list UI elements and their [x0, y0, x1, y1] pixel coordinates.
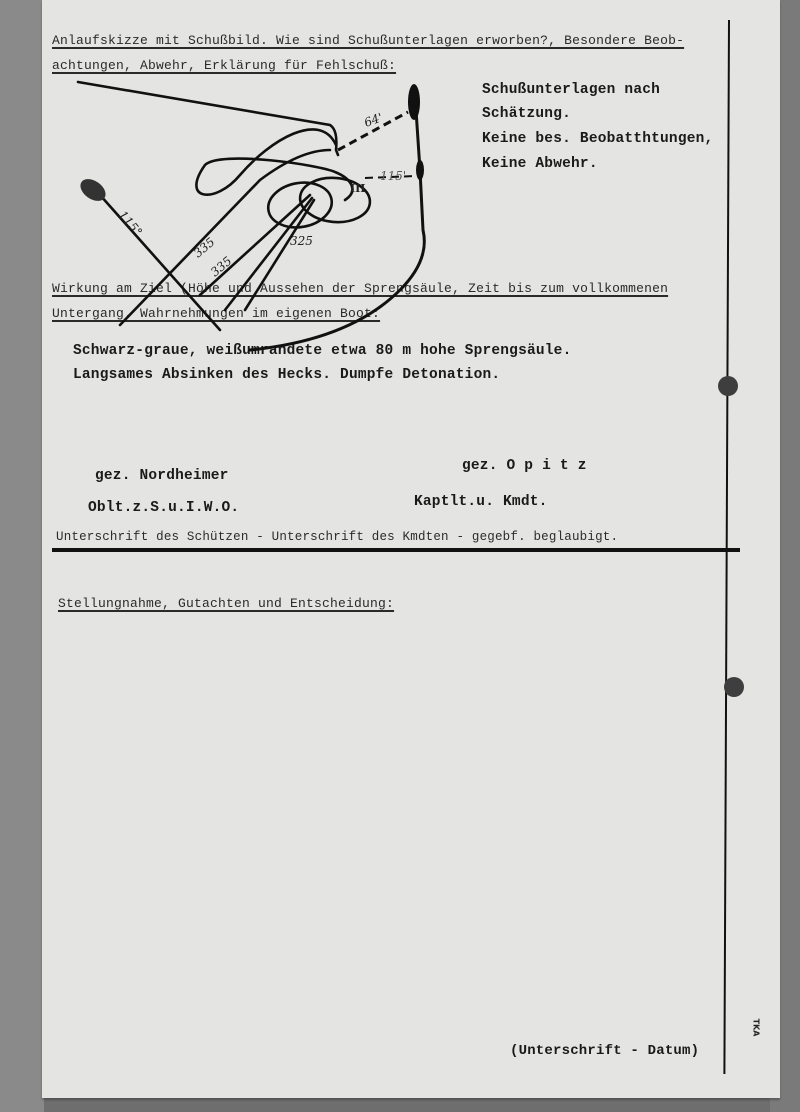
target-ship-position-icon — [416, 160, 424, 180]
torpedo-run — [245, 200, 314, 310]
annotation-III: III — [350, 182, 365, 195]
approach-track — [78, 82, 338, 155]
annotation-325: 325 — [290, 234, 313, 248]
annotation-335: 335 — [191, 235, 218, 260]
annotation-115: 115' — [380, 169, 406, 183]
attack-sketch: 64' 115' 115° 335 325 335 III — [0, 0, 800, 1112]
annotation-angle: 64' — [362, 110, 384, 130]
annotation-335b: 335 — [208, 254, 235, 279]
annotation-115-deg: 115° — [116, 208, 145, 239]
maneuver-loop — [196, 129, 352, 200]
target-ship-icon — [408, 84, 420, 120]
